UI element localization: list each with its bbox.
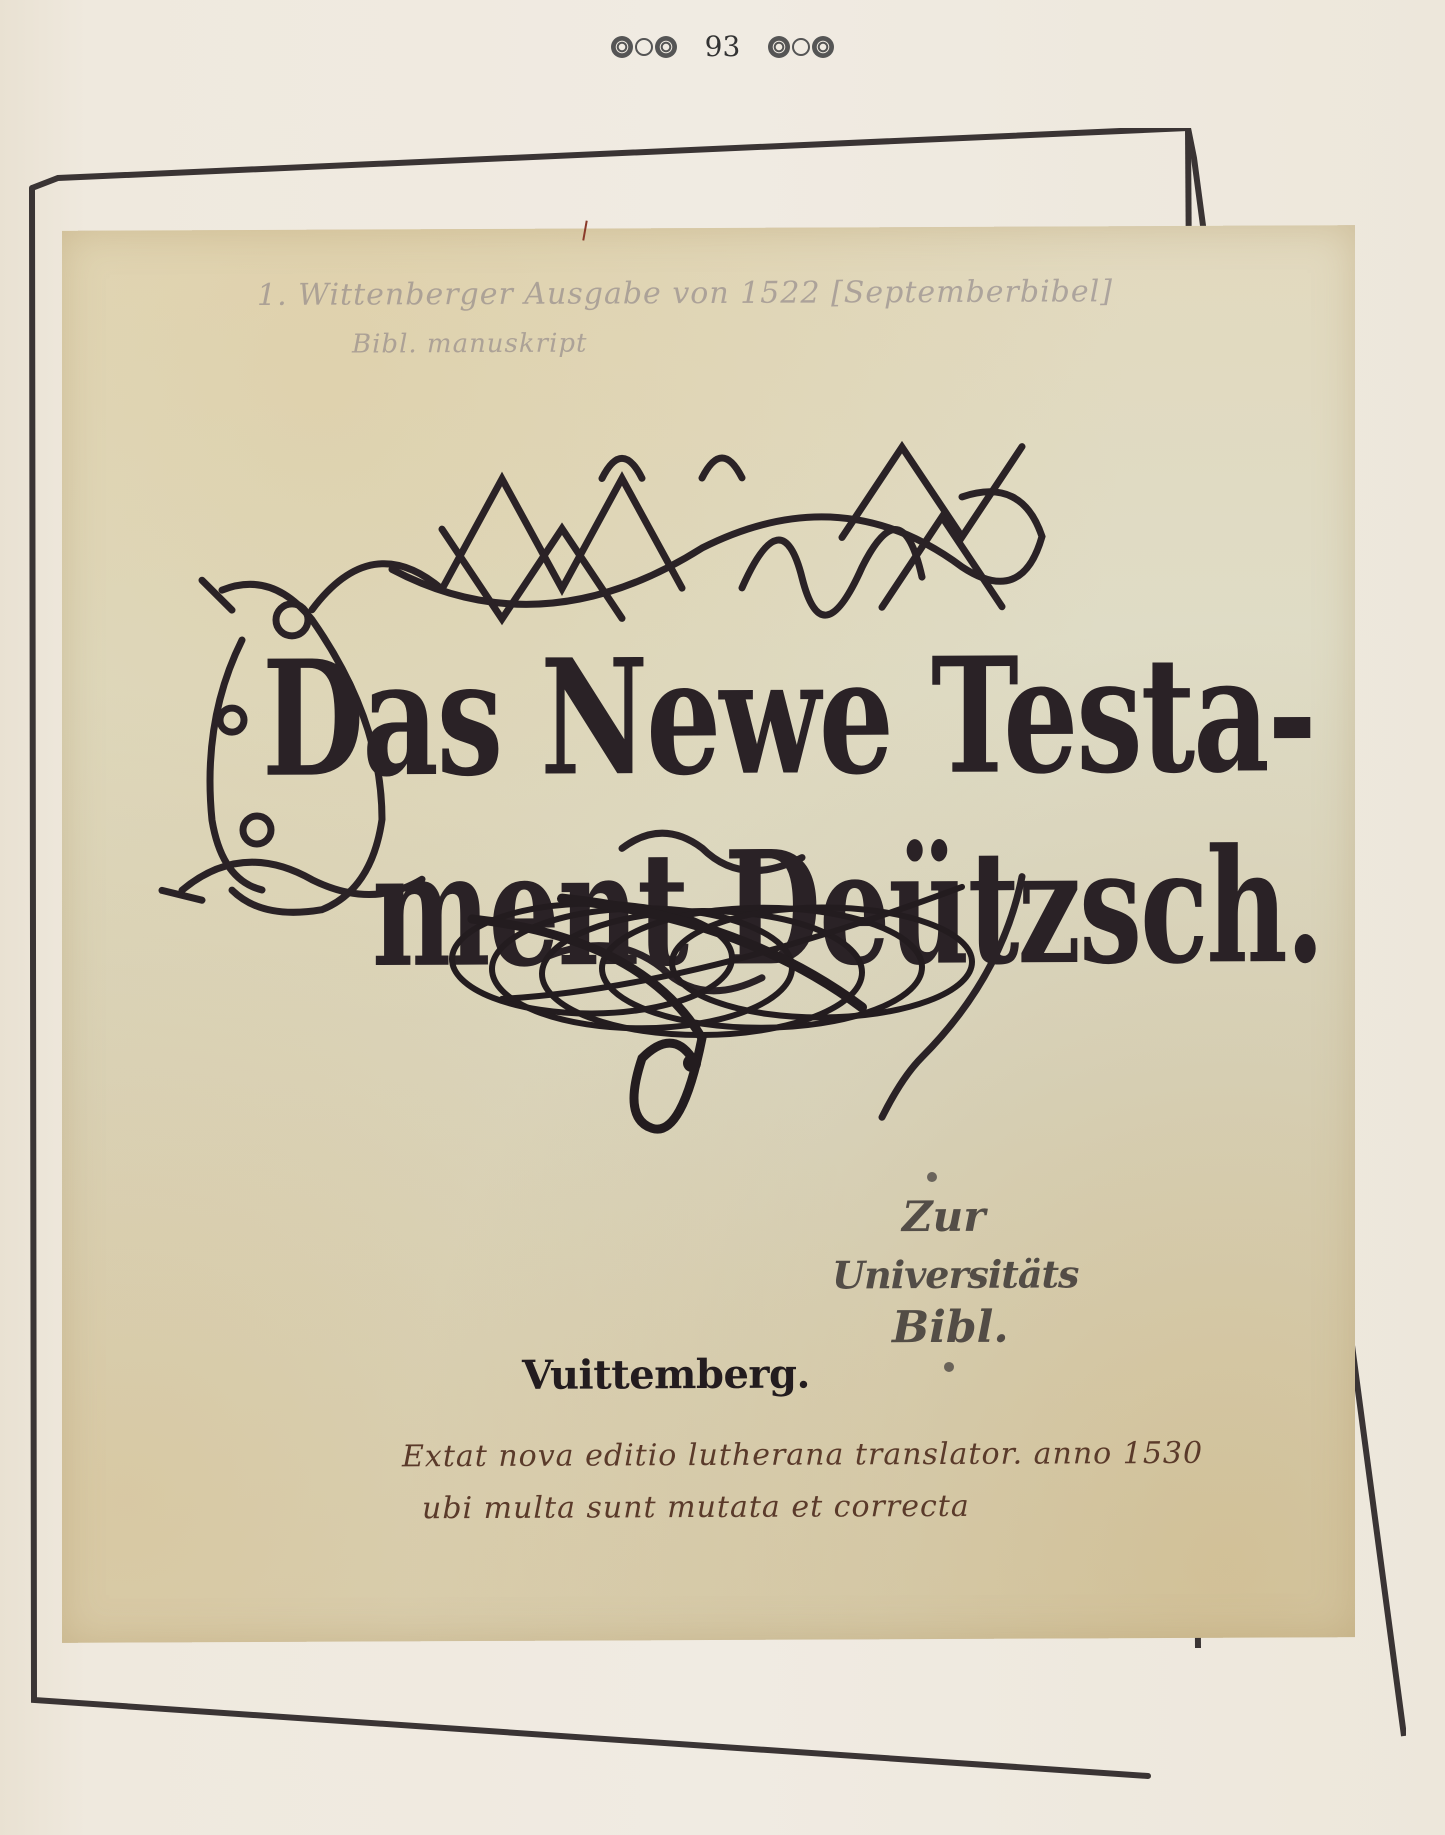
flower-icon [812, 36, 834, 58]
page-number: 93 [705, 30, 741, 63]
imprint-place: Vuittemberg. [522, 1351, 810, 1399]
title-line-1: Das Newe Testa- [262, 620, 1315, 812]
flower-icon [655, 36, 677, 58]
library-stamp: Zur Universitäts Bibl. [832, 1171, 1062, 1372]
title-page-plate: 1. Wittenberger Ausgabe von 1522 [Septem… [62, 225, 1355, 1643]
stamp-line-3: Bibl. [892, 1302, 1009, 1354]
stamp-line-2: Universitäts [832, 1251, 1078, 1297]
ring-icon [792, 38, 810, 56]
right-ornament-icon [768, 36, 834, 58]
flower-icon [611, 36, 633, 58]
ring-icon [635, 38, 653, 56]
manuscript-note-line1: Extat nova editio lutherana translator. … [402, 1436, 1203, 1474]
stamp-dot [927, 1172, 937, 1182]
stamp-line-1: Zur [902, 1192, 985, 1241]
knot-ornament-icon [442, 877, 1002, 1159]
left-ornament-icon [611, 36, 677, 58]
flower-icon [768, 36, 790, 58]
page-header: 93 [0, 30, 1445, 63]
stamp-dot [944, 1362, 954, 1372]
manuscript-note-line2: ubi multa sunt mutata et correcta [422, 1489, 970, 1526]
pencil-annotation-line1: 1. Wittenberger Ausgabe von 1522 [Septem… [257, 274, 1113, 313]
pencil-annotation-line2: Bibl. manuskript [352, 329, 588, 360]
